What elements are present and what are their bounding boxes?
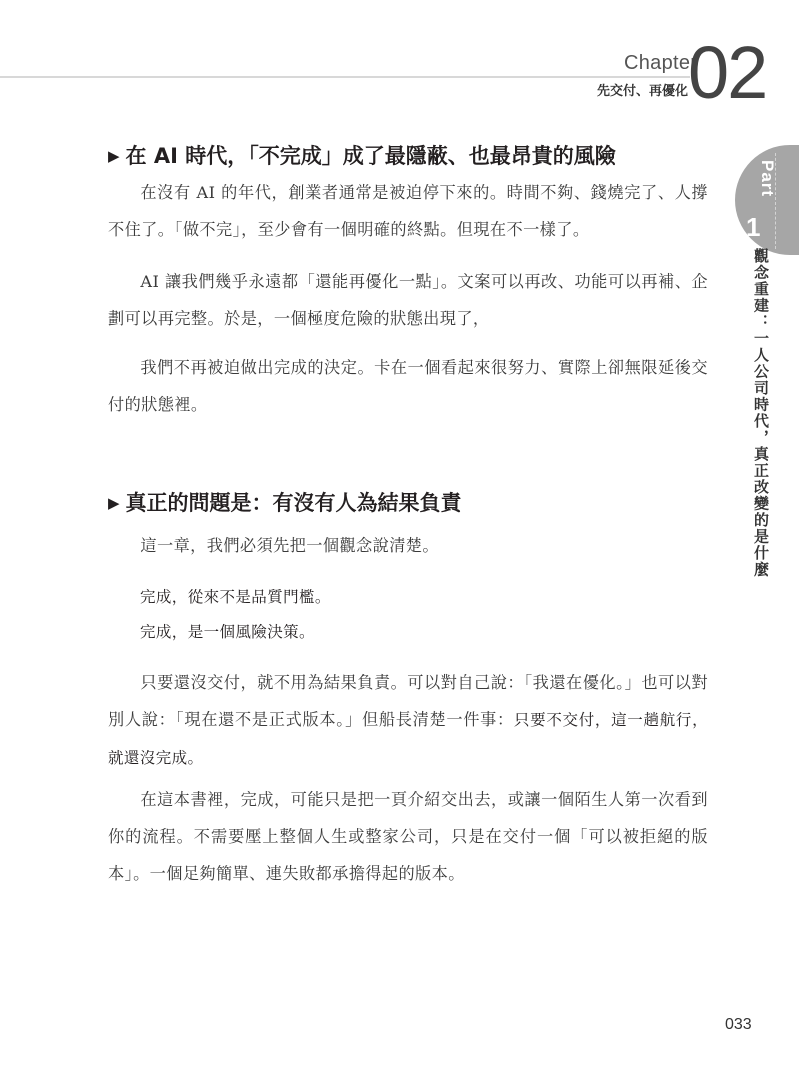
paragraph: 在沒有 AI 的年代，創業者通常是被迫停下來的。時間不夠、錢燒完了、人撐不住了。… <box>108 174 708 248</box>
chapter-number: 02 <box>688 36 766 110</box>
header-rule <box>0 76 690 78</box>
section-heading-text: 在 AI 時代，「不完成」成了最隱蔽、也最昂貴的風險 <box>126 144 616 168</box>
triangle-marker-icon: ▶ <box>108 147 120 165</box>
paragraph: AI 讓我們幾乎永遠都「還能再優化一點」。文案可以再改、功能可以再補、企劃可以再… <box>108 263 708 337</box>
section-heading-text: 真正的問題是：有沒有人為結果負責 <box>126 491 462 515</box>
part-number: 1 <box>746 212 760 243</box>
part-title: 觀念重建：一人公司時代，真正改變的是什麼 <box>753 248 768 578</box>
paragraph: 只要還沒交付，就不用為結果負責。可以對自己說：「我還在優化。」也可以對別人說：「… <box>108 664 708 777</box>
section-heading-2: ▶真正的問題是：有沒有人為結果負責 <box>108 487 462 517</box>
paragraph: 在這本書裡，完成，可能只是把一頁介紹交出去，或讓一個陌生人第一次看到你的流程。不… <box>108 781 708 892</box>
key-line: 完成，從來不是品質門檻。 <box>140 585 331 607</box>
paragraph: 這一章，我們必須先把一個觀念說清楚。 <box>108 527 708 564</box>
chapter-label: Chapter <box>624 52 697 75</box>
chapter-title: 先交付、再優化 <box>597 80 688 99</box>
section-heading-1: ▶在 AI 時代，「不完成」成了最隱蔽、也最昂貴的風險 <box>108 140 616 170</box>
paragraph: 我們不再被迫做出完成的決定。卡在一個看起來很努力、實際上卻無限延後交付的狀態裡。 <box>108 349 708 423</box>
part-label: Part <box>737 160 777 197</box>
page-number: 033 <box>725 1016 752 1034</box>
triangle-marker-icon: ▶ <box>108 494 120 512</box>
key-line: 完成，是一個風險決策。 <box>140 620 315 642</box>
